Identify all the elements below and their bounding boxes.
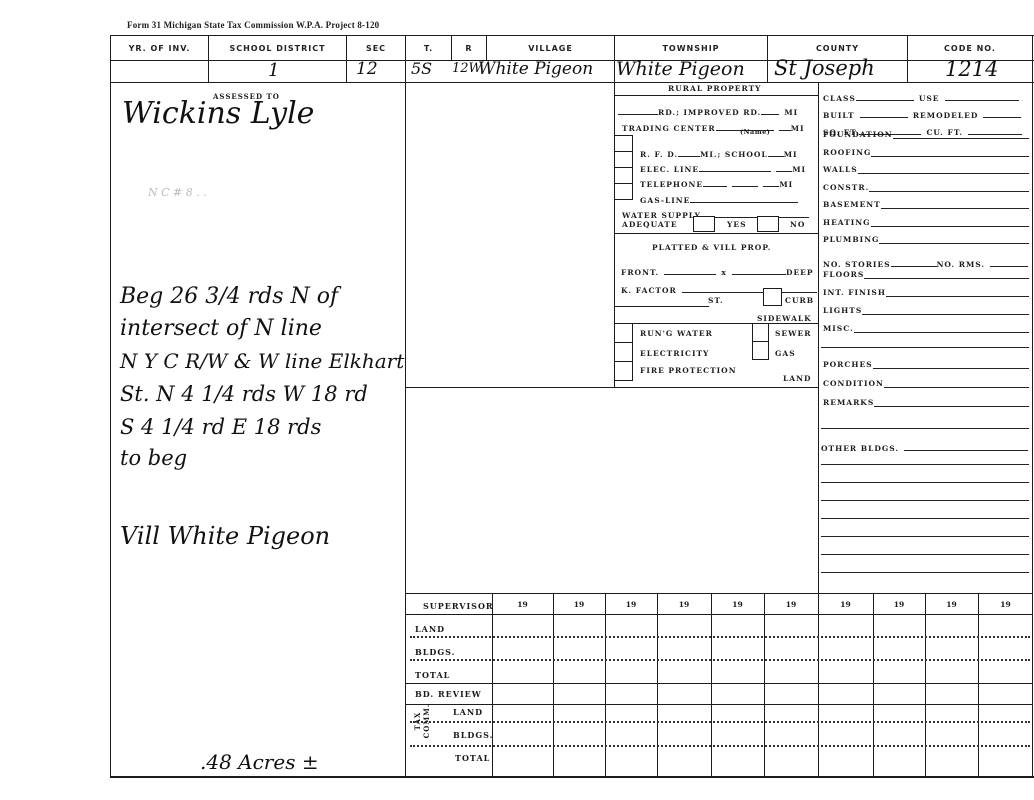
rung-water-label: RUN'G WATER xyxy=(640,329,713,338)
building-field-row[interactable]: WALLS xyxy=(823,165,1029,174)
value-sec[interactable]: 12 xyxy=(356,59,378,79)
front-row: FRONT. x DEEP xyxy=(621,260,814,279)
building-field-blank[interactable] xyxy=(893,130,1029,139)
rule xyxy=(614,233,818,234)
remodeled-label: REMODELED xyxy=(913,111,979,120)
other-bldgs-row: OTHER BLDGS. xyxy=(821,436,1028,455)
no-rms-label: NO. RMS. xyxy=(937,260,985,269)
description-line: S 4 1/4 rd E 18 rds xyxy=(120,415,321,439)
table-top xyxy=(405,593,1033,594)
building-field-blank[interactable] xyxy=(862,306,1029,315)
header-bottom xyxy=(110,82,1034,83)
fire-protection-label: FIRE PROTECTION xyxy=(640,366,737,375)
header-village: VILLAGE xyxy=(487,44,614,53)
building-field-blank[interactable] xyxy=(873,360,1029,369)
rung-water-checkbox[interactable] xyxy=(614,323,633,343)
building-field-row[interactable]: BASEMENT xyxy=(823,200,1029,209)
use-label: USE xyxy=(919,94,940,103)
gas-checkbox[interactable] xyxy=(752,341,769,360)
rule xyxy=(821,428,1029,429)
year-header-9[interactable]: 19 xyxy=(925,600,978,609)
total-label: TOTAL xyxy=(415,670,450,680)
building-field-label: REMARKS xyxy=(823,398,874,407)
building-field-blank[interactable] xyxy=(879,235,1029,244)
table-col-sep xyxy=(978,593,979,777)
curb-checkbox[interactable] xyxy=(763,288,782,306)
building-field-blank[interactable] xyxy=(884,379,1029,388)
building-field-row[interactable]: LIGHTS xyxy=(823,306,1029,315)
other-bldgs-label: OTHER BLDGS. xyxy=(821,444,899,453)
frame-left xyxy=(110,35,111,777)
building-field-label: CONDITION xyxy=(823,379,884,388)
value-t[interactable]: 5S xyxy=(411,59,432,78)
mi-label: MI xyxy=(792,165,806,174)
table-col-sep xyxy=(657,593,658,777)
electricity-label: ELECTRICITY xyxy=(640,349,709,358)
rule xyxy=(821,536,1029,537)
building-field-blank[interactable] xyxy=(864,270,1029,279)
building-field-label: PORCHES xyxy=(823,360,873,369)
building-field-blank[interactable] xyxy=(858,165,1029,174)
valuation-year-column[interactable] xyxy=(607,616,655,775)
no-stories-row: NO. STORIESNO. RMS. xyxy=(823,252,1028,271)
building-field-label: FLOORS xyxy=(823,270,864,279)
building-field-blank[interactable] xyxy=(869,183,1029,192)
telephone-checkbox[interactable] xyxy=(614,167,633,184)
water-supply-label: WATER SUPPLY xyxy=(622,211,701,220)
building-field-label: INT. FINISH xyxy=(823,288,886,297)
bd-review-label: BD. REVIEW xyxy=(415,689,482,699)
st-label: ST. xyxy=(708,296,724,305)
built-label: BUILT xyxy=(823,111,855,120)
table-col-sep xyxy=(925,593,926,777)
adequate-label: ADEQUATE xyxy=(622,220,678,229)
building-field-label: ROOFING xyxy=(823,148,871,157)
faint-note: N C # 8 . . xyxy=(148,186,207,199)
header-sec: SEC xyxy=(347,44,405,53)
right-column-border xyxy=(818,82,819,593)
assessed-to-name[interactable]: Wickins Lyle xyxy=(122,96,314,131)
table-col-sep xyxy=(553,593,554,777)
k-factor-label: K. FACTOR xyxy=(621,286,677,295)
building-field-row[interactable]: PLUMBING xyxy=(823,235,1029,244)
tax-comm-label: TAX COMM. xyxy=(413,701,431,741)
table-col-sep xyxy=(873,593,874,777)
value-township[interactable]: White Pigeon xyxy=(616,58,745,80)
valuation-year-column[interactable] xyxy=(766,616,816,775)
building-field-label: WALLS xyxy=(823,165,858,174)
valuation-year-column[interactable] xyxy=(555,616,603,775)
table-col-sep xyxy=(711,593,712,777)
building-field-label: PLUMBING xyxy=(823,235,879,244)
year-header-8[interactable]: 19 xyxy=(873,600,925,609)
description-line: N Y C R/W & W line Elkhart xyxy=(120,349,404,373)
header-school-district: SCHOOL DISTRICT xyxy=(209,44,346,53)
building-field-row[interactable]: PORCHES xyxy=(823,360,1029,369)
left-column-border xyxy=(405,82,406,777)
rule xyxy=(821,347,1029,348)
valuation-year-column[interactable] xyxy=(875,616,923,775)
tax-comm-total-label: TOTAL xyxy=(455,753,490,763)
platted-title: PLATTED & VILL PROP. xyxy=(652,243,771,252)
middle-divider xyxy=(405,387,818,388)
value-county[interactable]: St Joseph xyxy=(774,56,875,80)
rule xyxy=(614,306,709,307)
sewer-checkbox[interactable] xyxy=(752,323,769,342)
table-col-sep xyxy=(492,593,493,777)
building-field-row[interactable]: CONDITION xyxy=(823,379,1029,388)
rule xyxy=(821,572,1029,573)
rule xyxy=(614,323,818,324)
building-field-row[interactable]: FLOORS xyxy=(823,270,1029,279)
tax-comm-land-label: LAND xyxy=(453,707,483,717)
col-sep xyxy=(767,35,768,82)
bldgs-label: BLDGS. xyxy=(415,647,455,657)
land-label: LAND xyxy=(415,624,445,634)
deep-label: DEEP xyxy=(786,268,814,277)
building-field-row[interactable]: INT. FINISH xyxy=(823,288,1029,297)
front-label: FRONT. xyxy=(621,268,659,277)
year-header-2[interactable]: 19 xyxy=(553,600,605,609)
no-label: NO xyxy=(790,220,805,229)
valuation-year-column[interactable] xyxy=(980,616,1031,775)
form-title: Form 31 Michigan State Tax Commission W.… xyxy=(127,20,379,30)
valuation-year-column[interactable] xyxy=(713,616,762,775)
table-header-bottom xyxy=(405,614,1033,615)
year-header-7[interactable]: 19 xyxy=(818,600,873,609)
village-note[interactable]: Vill White Pigeon xyxy=(120,522,330,550)
valuation-year-column[interactable] xyxy=(494,616,551,775)
value-code-no[interactable]: 1214 xyxy=(945,57,998,81)
year-header-10[interactable]: 19 xyxy=(978,600,1033,609)
building-field-label: BASEMENT xyxy=(823,200,881,209)
curb-label: CURB xyxy=(785,296,814,305)
building-field-row[interactable]: REMARKS xyxy=(823,398,1029,407)
year-header-5[interactable]: 19 xyxy=(711,600,764,609)
description-line: intersect of N line xyxy=(120,316,322,341)
frame-right xyxy=(1032,35,1033,777)
electricity-checkbox[interactable] xyxy=(614,342,633,362)
gas-label: GAS xyxy=(775,349,796,358)
building-field-blank[interactable] xyxy=(874,398,1029,407)
header-county: COUNTY xyxy=(768,44,907,53)
building-field-row[interactable]: HEATING xyxy=(823,218,1029,227)
rule xyxy=(821,554,1029,555)
adequate-no-checkbox[interactable] xyxy=(757,216,779,232)
value-village[interactable]: White Pigeon xyxy=(478,59,593,79)
building-field-label: HEATING xyxy=(823,218,871,227)
building-field-row[interactable]: ROOFING xyxy=(823,148,1029,157)
year-header-6[interactable]: 19 xyxy=(764,600,818,609)
value-school-district[interactable]: 1 xyxy=(268,60,279,81)
header-t: T. xyxy=(406,44,451,53)
adequate-yes-checkbox[interactable] xyxy=(693,216,715,232)
sidewalk-label: SIDEWALK xyxy=(757,314,812,323)
class-label: CLASS xyxy=(823,94,856,103)
building-field-row[interactable]: FOUNDATION xyxy=(823,130,1029,139)
table-col-sep xyxy=(605,593,606,777)
description-line: Beg 26 3/4 rds N of xyxy=(120,284,338,309)
building-field-blank[interactable] xyxy=(886,288,1029,297)
mi-label: MI xyxy=(791,124,805,133)
acreage[interactable]: .48 Acres ± xyxy=(200,750,319,774)
rule xyxy=(821,464,1029,465)
description-line: to beg xyxy=(120,446,187,470)
name-caption: (Name) xyxy=(740,128,770,136)
x-label: x xyxy=(721,268,726,277)
year-header-4[interactable]: 19 xyxy=(657,600,711,609)
valuation-year-column[interactable] xyxy=(820,616,871,775)
building-field-row[interactable]: MISC. xyxy=(823,324,1029,333)
elec-line-checkbox[interactable] xyxy=(614,151,633,168)
tax-comm-bldgs-label: BLDGS. xyxy=(453,730,493,740)
table-col-sep xyxy=(818,593,819,777)
col-sep xyxy=(405,35,406,82)
description-line: St. N 4 1/4 rds W 18 rd xyxy=(120,382,368,406)
trading-center-row: TRADING CENTER MI xyxy=(622,116,805,135)
supervisor-label: SUPERVISOR xyxy=(423,601,494,611)
building-field-label: CONSTR. xyxy=(823,183,869,192)
header-code-no: CODE NO. xyxy=(908,44,1032,53)
trading-center-label: TRADING CENTER xyxy=(622,124,716,133)
table-col-sep xyxy=(764,593,765,777)
col-sep xyxy=(907,35,908,82)
col-sep xyxy=(346,35,347,82)
rule xyxy=(821,518,1029,519)
header-r: R xyxy=(452,44,486,53)
sewer-label: SEWER xyxy=(775,329,812,338)
building-field-label: FOUNDATION xyxy=(823,130,893,139)
col-sep xyxy=(208,35,209,82)
rule xyxy=(614,95,818,96)
building-field-blank[interactable] xyxy=(871,148,1029,157)
rfd-checkbox[interactable] xyxy=(614,135,633,152)
frame-bottom xyxy=(110,776,1034,778)
building-field-blank[interactable] xyxy=(854,324,1029,333)
building-field-label: LIGHTS xyxy=(823,306,862,315)
year-header-3[interactable]: 19 xyxy=(605,600,657,609)
yes-label: YES xyxy=(727,220,747,229)
header-township: TOWNSHIP xyxy=(615,44,767,53)
frame-top xyxy=(110,35,1034,36)
k-factor-row: K. FACTOR xyxy=(621,278,817,297)
header-yr-of-inv: YR. OF INV. xyxy=(111,44,208,53)
rule xyxy=(821,500,1029,501)
gas-line-checkbox[interactable] xyxy=(614,183,633,200)
year-header-1[interactable]: 19 xyxy=(492,600,553,609)
building-field-label: MISC. xyxy=(823,324,854,333)
rule xyxy=(821,482,1029,483)
valuation-year-column[interactable] xyxy=(659,616,709,775)
fire-protection-checkbox[interactable] xyxy=(614,361,633,381)
building-field-blank[interactable] xyxy=(881,200,1029,209)
building-field-row[interactable]: CONSTR. xyxy=(823,183,1029,192)
building-field-blank[interactable] xyxy=(871,218,1029,227)
valuation-year-column[interactable] xyxy=(927,616,976,775)
land-label: LAND xyxy=(783,374,811,383)
no-stories-label: NO. STORIES xyxy=(823,260,891,269)
rural-property-title: RURAL PROPERTY xyxy=(668,84,762,93)
col-sep xyxy=(614,35,615,82)
